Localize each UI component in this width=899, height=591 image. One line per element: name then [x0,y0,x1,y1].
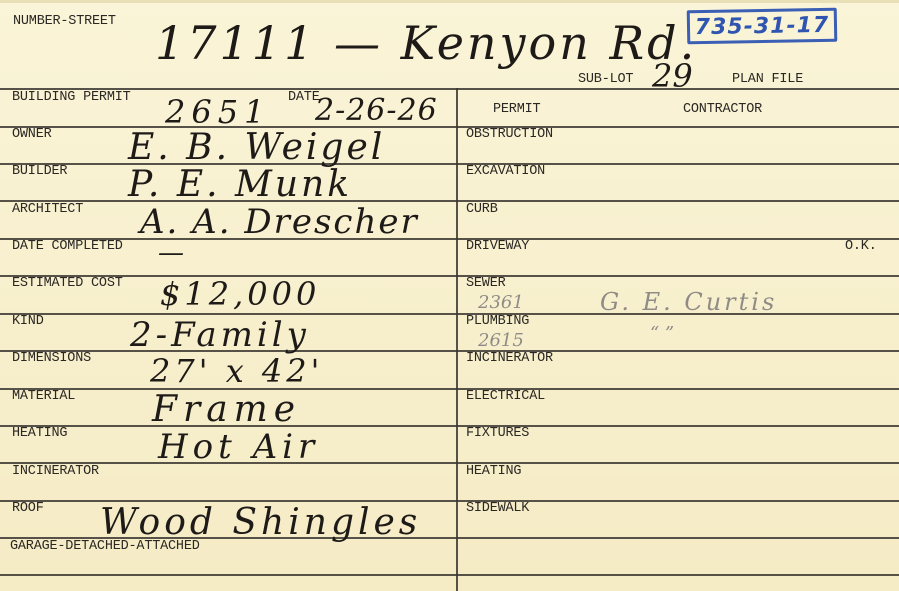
driveway-label: DRIVEWAY [466,240,529,254]
material-value: Frame [152,392,301,428]
permit-column-header: PERMIT [493,103,540,117]
plumbing-contractor: “ ” [650,325,674,343]
curb-label: CURB [466,203,498,217]
builder-value: P. E. Munk [128,167,352,203]
roof-value: Wood Shingles [100,505,421,541]
owner-label: OWNER [12,128,52,142]
plumbing-permit-number: 2615 [478,332,524,350]
obstruction-label: OBSTRUCTION [466,128,553,142]
file-number-stamp: 735-31-17 [687,8,838,45]
number-street-label: NUMBER-STREET [13,15,116,29]
heating-value: Hot Air [158,430,319,464]
sidewalk-label: SIDEWALK [466,502,529,516]
kind-value: 2-Family [130,318,310,352]
plumbing-label: PLUMBING [466,315,529,329]
sub-lot-label: SUB-LOT [578,73,633,87]
estimated-cost-value: $12,000 [160,278,320,310]
permit-date-value: 2-26-26 [315,96,438,126]
material-label: MATERIAL [12,390,75,404]
sewer-permit-number: 2361 [478,294,524,312]
date-completed-value: — [158,240,184,266]
driveway-note: O.K. [845,240,877,254]
building-permit-value: 2651 [165,96,270,128]
card-top-edge [0,0,899,3]
dimensions-label: DIMENSIONS [12,352,91,366]
sewer-contractor: G. E. Curtis [600,290,777,314]
plan-file-label: PLAN FILE [732,73,803,87]
heating-label: HEATING [12,427,67,441]
excavation-label: EXCAVATION [466,165,545,179]
building-permit-label: BUILDING PERMIT [12,91,131,105]
roof-label: ROOF [12,502,44,516]
electrical-label: ELECTRICAL [466,390,545,404]
fixtures-label: FIXTURES [466,427,529,441]
address-value: 17111 — Kenyon Rd. [155,20,697,66]
architect-label: ARCHITECT [12,203,83,217]
dimensions-value: 27' x 42' [150,355,323,387]
incinerator-permit-label: INCINERATOR [466,352,553,366]
contractor-column-header: CONTRACTOR [683,103,762,117]
kind-label: KIND [12,315,44,329]
sewer-label: SEWER [466,277,506,291]
estimated-cost-label: ESTIMATED COST [12,277,123,291]
architect-value: A. A. Drescher [140,205,419,239]
builder-label: BUILDER [12,165,67,179]
garage-label: GARAGE-DETACHED-ATTACHED [10,540,200,554]
date-completed-label: DATE COMPLETED [12,240,123,254]
permit-card: NUMBER-STREET 17111 — Kenyon Rd. 735-31-… [0,0,899,591]
incinerator-label: INCINERATOR [12,465,99,479]
owner-value: E. B. Weigel [128,130,385,166]
heating-permit-label: HEATING [466,465,521,479]
